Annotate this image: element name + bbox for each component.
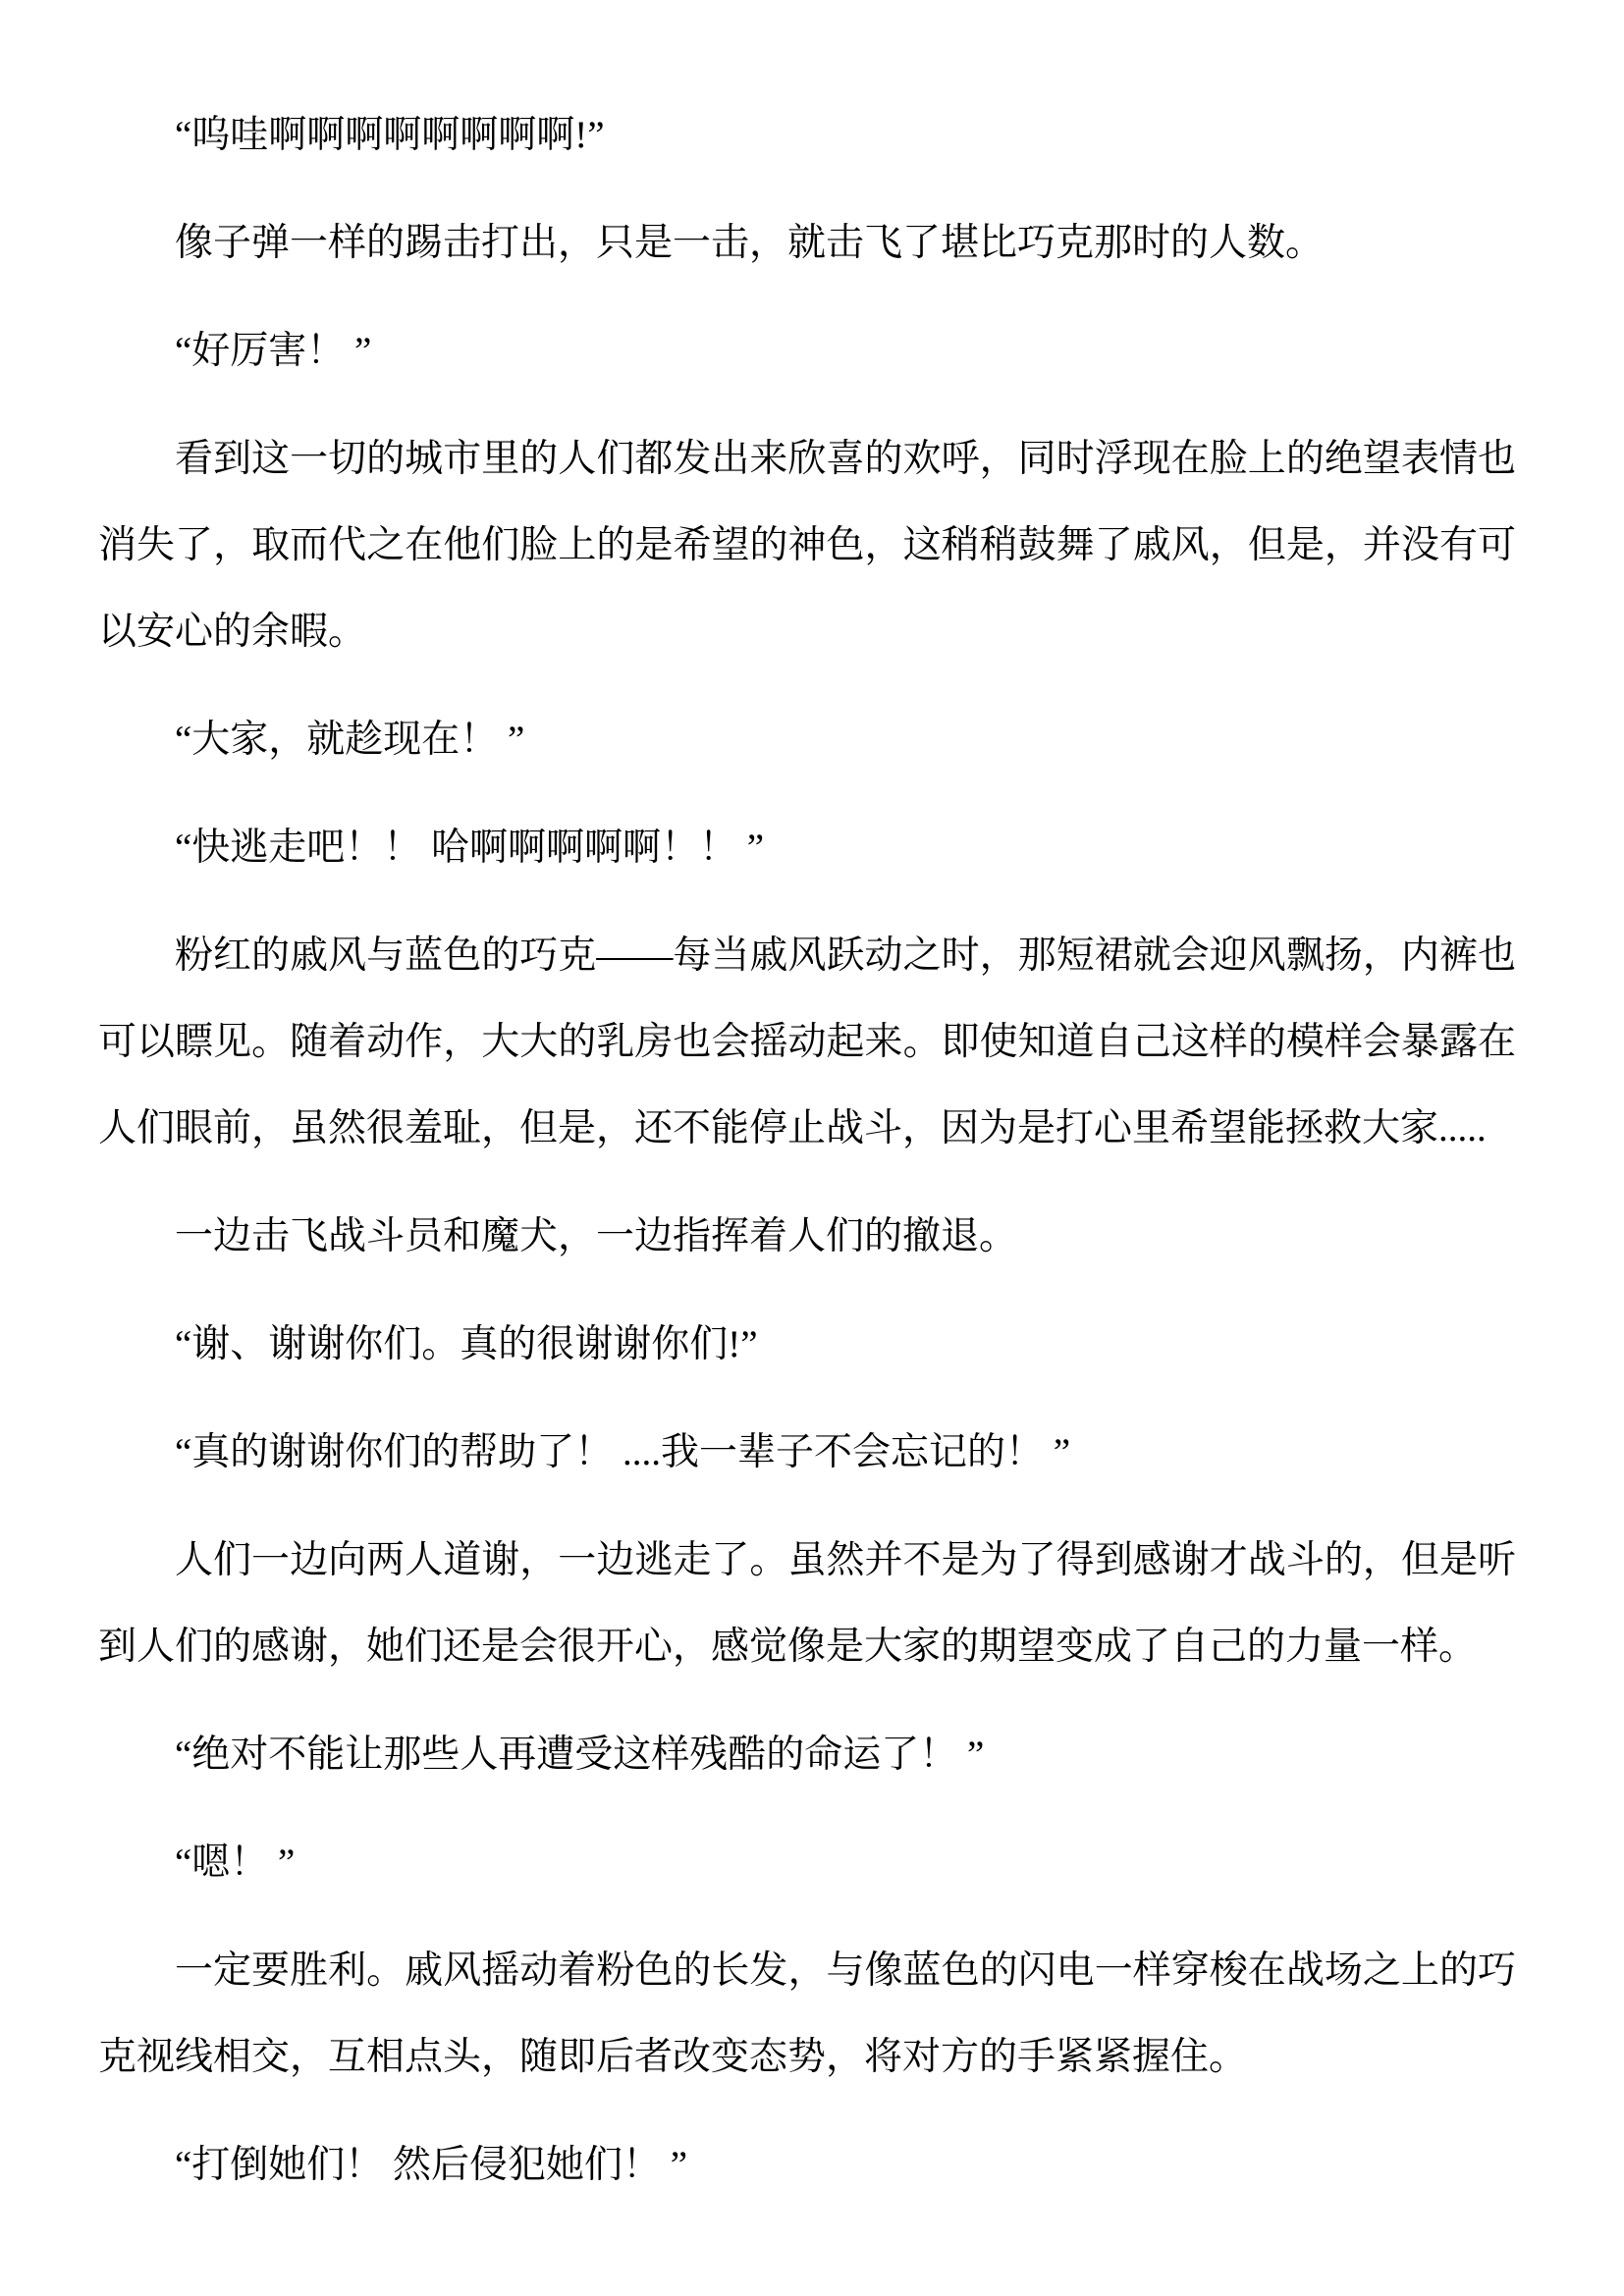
paragraph: “真的谢谢你们的帮助了！ ....我一辈子不会忘记的！ ” [98, 1410, 1516, 1496]
paragraph: “呜哇啊啊啊啊啊啊啊啊!” [98, 92, 1516, 179]
paragraph: “谢、谢谢你们。真的很谢谢你们!” [98, 1302, 1516, 1388]
paragraph: “大家，就趁现在！ ” [98, 697, 1516, 783]
document-page: “呜哇啊啊啊啊啊啊啊啊!” 像子弹一样的踢击打出，只是一击，就击飞了堪比巧克那时… [0, 0, 1624, 2296]
paragraph: 一定要胜利。戚风摇动着粉色的长发，与像蓝色的闪电一样穿梭在战场之上的巧克视线相交… [98, 1928, 1516, 2101]
paragraph: “嗯！ ” [98, 1820, 1516, 1906]
paragraph: 一边击飞战斗员和魔犬，一边指挥着人们的撤退。 [98, 1194, 1516, 1280]
paragraph: “快逃走吧！！ 哈啊啊啊啊啊！！ ” [98, 805, 1516, 891]
paragraph: “绝对不能让那些人再遭受这样残酷的命运了！ ” [98, 1712, 1516, 1798]
paragraph: 看到这一切的城市里的人们都发出来欣喜的欢呼，同时浮现在脸上的绝望表情也消失了，取… [98, 416, 1516, 675]
paragraph: “打倒她们！ 然后侵犯她们！ ” [98, 2122, 1516, 2209]
paragraph: 粉红的戚风与蓝色的巧克——每当戚风跃动之时，那短裙就会迎风飘扬，内裤也可以瞟见。… [98, 913, 1516, 1172]
text-column: “呜哇啊啊啊啊啊啊啊啊!” 像子弹一样的踢击打出，只是一击，就击飞了堪比巧克那时… [98, 92, 1516, 2209]
paragraph: 像子弹一样的踢击打出，只是一击，就击飞了堪比巧克那时的人数。 [98, 200, 1516, 287]
paragraph: 人们一边向两人道谢，一边逃走了。虽然并不是为了得到感谢才战斗的，但是听到人们的感… [98, 1518, 1516, 1690]
paragraph: “好厉害！ ” [98, 308, 1516, 395]
